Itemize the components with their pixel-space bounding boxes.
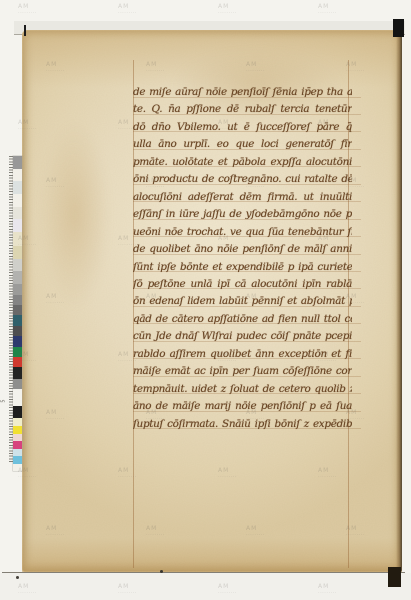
watermark-line2: ········· bbox=[218, 10, 310, 16]
watermark-text: AM········· bbox=[218, 4, 310, 16]
manuscript-text-line: te. Q. n̄a pſſione dē rubalſ tercia tene… bbox=[133, 101, 352, 118]
registration-mark-topleft bbox=[24, 25, 26, 36]
manuscript-text-line: māiſe emāt ac ipīn per ſuam cōſeſſiōne c… bbox=[133, 363, 352, 380]
color-patch bbox=[13, 207, 22, 219]
manuscript-text-line: de miſe aūraſ nōie penſioīſ ſēnia ip̄ep … bbox=[133, 84, 352, 101]
manuscript-text-line: de quolibet āno nōie penſiōnſ de mālſ an… bbox=[133, 241, 352, 258]
dust-speck bbox=[16, 576, 19, 579]
manuscript-text-block: de miſe aūraſ nōie penſioīſ ſēnia ip̄ep … bbox=[133, 84, 352, 433]
color-patch bbox=[13, 194, 22, 207]
color-patch bbox=[13, 284, 22, 295]
color-patch bbox=[13, 441, 22, 449]
color-calibration-strip bbox=[13, 156, 22, 471]
manuscript-text-line: ſuptuſ cōſirmata. Snāiū ipſi bōniſ z exp… bbox=[133, 416, 352, 433]
manuscript-text-line: āno de māiſe marij nōie penſiōniſ p eā ſ… bbox=[133, 398, 352, 415]
watermark-text: AM········· bbox=[18, 4, 110, 16]
color-patch bbox=[13, 456, 22, 464]
watermark-line1: AM bbox=[318, 4, 410, 10]
color-patch bbox=[13, 246, 22, 259]
color-patch bbox=[13, 295, 22, 305]
watermark-line1: AM bbox=[18, 4, 110, 10]
watermark-line1: AM bbox=[118, 4, 210, 10]
manuscript-text-line: ſūnt ipſe bōnte et expendibilē p ipā cur… bbox=[133, 259, 352, 276]
color-patch bbox=[13, 379, 22, 389]
color-patch bbox=[13, 169, 22, 181]
digitized-manuscript-photo: de miſe aūraſ nōie penſioīſ ſēnia ip̄ep … bbox=[0, 0, 411, 600]
color-patch bbox=[13, 219, 22, 232]
manuscript-text-line: eſſānſ in iūre jaſſu de yſodebāmgōno nōe… bbox=[133, 206, 352, 223]
dust-speck bbox=[160, 570, 163, 573]
scan-board-bottom-edge bbox=[0, 573, 411, 600]
manuscript-text-line: cūn Jde dnāſ Wlſrai pudec cōiſ pnāte pce… bbox=[133, 328, 352, 345]
manuscript-text-line: dō dn̄o Vbilemo. ut ē ſucceſſoreſ pāre q… bbox=[133, 119, 352, 136]
scan-board-line bbox=[2, 572, 405, 573]
manuscript-text-line: rabldo aſſirem quolibet ānn exceptiōn et… bbox=[133, 346, 352, 363]
watermark-line2: ········· bbox=[118, 10, 210, 16]
color-strip-label: 5 bbox=[1, 399, 7, 402]
parchment-page: de miſe aūraſ nōie penſioīſ ſēnia ip̄ep … bbox=[22, 30, 402, 572]
manuscript-text-line: ōn edenaſ lidem labūit pēnniſ et abſolmā… bbox=[133, 293, 352, 310]
color-patch bbox=[13, 271, 22, 284]
manuscript-text-line: qād de cātero apſſatiōne ad fien null tt… bbox=[133, 311, 352, 328]
color-patch bbox=[13, 336, 22, 347]
manuscript-text-line: tempnāuit. uidet z ſoluat de cetero quol… bbox=[133, 381, 352, 398]
watermark-line2: ········· bbox=[18, 10, 110, 16]
watermark-text: AM········· bbox=[118, 4, 210, 16]
color-patch bbox=[13, 326, 22, 336]
color-patch bbox=[13, 156, 22, 169]
color-patch bbox=[13, 464, 22, 471]
registration-mark-bottomright bbox=[388, 567, 401, 587]
color-patch bbox=[13, 181, 22, 194]
color-patch bbox=[13, 305, 22, 315]
color-patch bbox=[13, 259, 22, 271]
color-patch bbox=[13, 389, 22, 406]
color-patch bbox=[13, 347, 22, 357]
color-patch bbox=[13, 406, 22, 418]
color-patch bbox=[13, 426, 22, 434]
color-patch bbox=[13, 367, 22, 379]
color-patch bbox=[13, 418, 22, 426]
watermark-line2: ········· bbox=[318, 10, 410, 16]
manuscript-text-line: pmāte. uolōtate et pābola expſſa alocutō… bbox=[133, 154, 352, 171]
color-patch bbox=[13, 357, 22, 367]
manuscript-text-line: alocuſiōni adeſſerat dēm firmā. ut inuūl… bbox=[133, 189, 352, 206]
manuscript-text-line: ulla āno urplī. eo que loci generatōſ fī… bbox=[133, 136, 352, 153]
registration-mark-topright bbox=[393, 19, 404, 37]
color-patch bbox=[13, 434, 22, 441]
color-patch bbox=[13, 232, 22, 246]
manuscript-text-line: ueōni nōe trochat. ve qua ſūa tenebāntur… bbox=[133, 224, 352, 241]
color-patch bbox=[13, 315, 22, 326]
manuscript-text-line: ōni productu de coſtregnāno. cui ratalte… bbox=[133, 171, 352, 188]
color-patch bbox=[13, 449, 22, 456]
watermark-line1: AM bbox=[218, 4, 310, 10]
watermark-text: AM········· bbox=[318, 4, 410, 16]
manuscript-text-line: ſō peſtōne unlā ipī cā alocutōni ipīn ra… bbox=[133, 276, 352, 293]
